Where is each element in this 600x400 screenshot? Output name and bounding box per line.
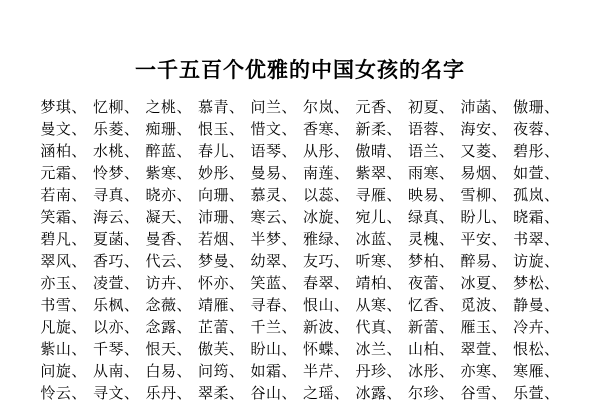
name-line: 曼文、乐菱、痴珊、恨玉、惜文、香寒、新柔、语蓉、海安、夜蓉、 bbox=[0, 119, 600, 141]
name-item: 曼香、 bbox=[145, 229, 192, 251]
name-item: 新柔、 bbox=[356, 119, 403, 141]
name-item: 傲珊、 bbox=[513, 97, 560, 119]
name-item: 如萱、 bbox=[513, 163, 560, 185]
name-line: 梦琪、忆柳、之桃、慕青、问兰、尔岚、元香、初夏、沛菡、傲珊、 bbox=[0, 97, 600, 119]
name-item: 之瑶、 bbox=[303, 383, 350, 400]
name-line: 涵柏、水桃、醉蓝、春儿、语琴、从彤、傲晴、语兰、又菱、碧彤、 bbox=[0, 141, 600, 163]
name-item: 傲晴、 bbox=[356, 141, 403, 163]
name-item: 灵槐、 bbox=[408, 229, 455, 251]
name-item: 凝天、 bbox=[145, 207, 192, 229]
name-item: 从彤、 bbox=[303, 141, 350, 163]
name-item: 语兰、 bbox=[408, 141, 455, 163]
name-item: 平安、 bbox=[461, 229, 508, 251]
name-item: 若南、 bbox=[40, 185, 87, 207]
name-item: 忆香、 bbox=[408, 295, 455, 317]
name-item: 山柏、 bbox=[408, 339, 455, 361]
name-item: 雅绿、 bbox=[303, 229, 350, 251]
name-item: 翠风、 bbox=[40, 251, 87, 273]
name-line: 笑霜、海云、凝天、沛珊、寒云、冰旋、宛儿、绿真、盼儿、晓霜、 bbox=[0, 207, 600, 229]
name-item: 之桃、 bbox=[145, 97, 192, 119]
name-line: 亦玉、凌萱、访卉、怀亦、笑蓝、春翠、靖柏、夜蕾、冰夏、梦松、 bbox=[0, 273, 600, 295]
name-item: 冰夏、 bbox=[461, 273, 508, 295]
name-item: 涵柏、 bbox=[40, 141, 87, 163]
name-item: 尔岚、 bbox=[303, 97, 350, 119]
name-item: 千琴、 bbox=[93, 339, 140, 361]
name-item: 慕灵、 bbox=[250, 185, 297, 207]
name-item: 恨松、 bbox=[513, 339, 560, 361]
name-item: 孤岚、 bbox=[513, 185, 560, 207]
name-item: 宛儿、 bbox=[356, 207, 403, 229]
name-item: 香寒、 bbox=[303, 119, 350, 141]
name-line: 元霜、怜梦、紫寒、妙彤、曼易、南莲、紫翠、雨寒、易烟、如萱、 bbox=[0, 163, 600, 185]
name-item: 靖雁、 bbox=[198, 295, 245, 317]
name-item: 静曼、 bbox=[513, 295, 560, 317]
name-item: 乐萱、 bbox=[513, 383, 560, 400]
name-item: 醉易、 bbox=[461, 251, 508, 273]
name-item: 梦柏、 bbox=[408, 251, 455, 273]
name-item: 亦寒、 bbox=[461, 361, 508, 383]
name-item: 如霜、 bbox=[250, 361, 297, 383]
name-item: 春翠、 bbox=[303, 273, 350, 295]
name-item: 紫山、 bbox=[40, 339, 87, 361]
name-item: 怀蝶、 bbox=[303, 339, 350, 361]
name-item: 凡旋、 bbox=[40, 317, 87, 339]
name-item: 听寒、 bbox=[356, 251, 403, 273]
name-item: 冰露、 bbox=[356, 383, 403, 400]
name-item: 晓亦、 bbox=[145, 185, 192, 207]
document-page: 一千五百个优雅的中国女孩的名字 梦琪、忆柳、之桃、慕青、问兰、尔岚、元香、初夏、… bbox=[0, 0, 600, 400]
name-line: 碧凡、夏菡、曼香、若烟、半梦、雅绿、冰蓝、灵槐、平安、书翠、 bbox=[0, 229, 600, 251]
name-item: 千兰、 bbox=[250, 317, 297, 339]
name-item: 傲芙、 bbox=[198, 339, 245, 361]
name-item: 雨寒、 bbox=[408, 163, 455, 185]
name-item: 念薇、 bbox=[145, 295, 192, 317]
name-item: 寻雁、 bbox=[356, 185, 403, 207]
name-item: 醉蓝、 bbox=[145, 141, 192, 163]
name-line: 紫山、千琴、恨天、傲芙、盼山、怀蝶、冰兰、山柏、翠萱、恨松、 bbox=[0, 339, 600, 361]
name-item: 访卉、 bbox=[145, 273, 192, 295]
name-item: 映易、 bbox=[408, 185, 455, 207]
name-item: 尔珍、 bbox=[408, 383, 455, 400]
name-line: 凡旋、以亦、念露、芷蕾、千兰、新波、代真、新蕾、雁玉、冷卉、 bbox=[0, 317, 600, 339]
name-item: 易烟、 bbox=[461, 163, 508, 185]
name-item: 梦琪、 bbox=[40, 97, 87, 119]
name-item: 笑霜、 bbox=[40, 207, 87, 229]
name-line: 书雪、乐枫、念薇、靖雁、寻春、恨山、从寒、忆香、觅波、静曼、 bbox=[0, 295, 600, 317]
name-item: 梦曼、 bbox=[198, 251, 245, 273]
name-item: 从寒、 bbox=[356, 295, 403, 317]
name-item: 以亦、 bbox=[93, 317, 140, 339]
name-item: 夜蓉、 bbox=[513, 119, 560, 141]
name-item: 紫翠、 bbox=[356, 163, 403, 185]
name-line: 翠风、香巧、代云、梦曼、幼翠、友巧、听寒、梦柏、醉易、访旋、 bbox=[0, 251, 600, 273]
name-item: 语蓉、 bbox=[408, 119, 455, 141]
name-item: 碧彤、 bbox=[513, 141, 560, 163]
name-item: 寻文、 bbox=[93, 383, 140, 400]
name-line: 若南、寻真、晓亦、向珊、慕灵、以蕊、寻雁、映易、雪柳、孤岚、 bbox=[0, 185, 600, 207]
name-item: 白易、 bbox=[145, 361, 192, 383]
name-item: 新蕾、 bbox=[408, 317, 455, 339]
name-item: 绿真、 bbox=[408, 207, 455, 229]
name-item: 曼易、 bbox=[250, 163, 297, 185]
name-line: 问旋、从南、白易、问筠、如霜、半芹、丹珍、冰彤、亦寒、寒雁、 bbox=[0, 361, 600, 383]
name-item: 亦玉、 bbox=[40, 273, 87, 295]
name-item: 寻春、 bbox=[250, 295, 297, 317]
name-item: 念露、 bbox=[145, 317, 192, 339]
name-item: 怀亦、 bbox=[198, 273, 245, 295]
name-item: 冰彤、 bbox=[408, 361, 455, 383]
name-item: 笑蓝、 bbox=[250, 273, 297, 295]
name-item: 雪柳、 bbox=[461, 185, 508, 207]
name-item: 盼山、 bbox=[250, 339, 297, 361]
name-item: 书翠、 bbox=[513, 229, 560, 251]
name-item: 新波、 bbox=[303, 317, 350, 339]
name-item: 寻真、 bbox=[93, 185, 140, 207]
name-item: 觅波、 bbox=[461, 295, 508, 317]
name-item: 从南、 bbox=[93, 361, 140, 383]
name-item: 恨山、 bbox=[303, 295, 350, 317]
name-item: 怜梦、 bbox=[93, 163, 140, 185]
name-item: 乐菱、 bbox=[93, 119, 140, 141]
name-item: 半芹、 bbox=[303, 361, 350, 383]
name-item: 晓霜、 bbox=[513, 207, 560, 229]
name-item: 忆柳、 bbox=[93, 97, 140, 119]
page-title: 一千五百个优雅的中国女孩的名字 bbox=[0, 0, 600, 97]
name-item: 曼文、 bbox=[40, 119, 87, 141]
name-item: 寒雁、 bbox=[513, 361, 560, 383]
name-item: 半梦、 bbox=[250, 229, 297, 251]
name-item: 春儿、 bbox=[198, 141, 245, 163]
name-item: 芷蕾、 bbox=[198, 317, 245, 339]
name-item: 香巧、 bbox=[93, 251, 140, 273]
name-item: 若烟、 bbox=[198, 229, 245, 251]
name-item: 盼儿、 bbox=[461, 207, 508, 229]
name-line: 怜云、寻文、乐丹、翠柔、谷山、之瑶、冰露、尔珍、谷雪、乐萱、 bbox=[0, 383, 600, 400]
name-item: 惜文、 bbox=[250, 119, 297, 141]
name-item: 翠萱、 bbox=[461, 339, 508, 361]
name-item: 妙彤、 bbox=[198, 163, 245, 185]
name-item: 怜云、 bbox=[40, 383, 87, 400]
name-item: 沛珊、 bbox=[198, 207, 245, 229]
name-item: 以蕊、 bbox=[303, 185, 350, 207]
name-item: 水桃、 bbox=[93, 141, 140, 163]
name-item: 恨玉、 bbox=[198, 119, 245, 141]
names-list: 梦琪、忆柳、之桃、慕青、问兰、尔岚、元香、初夏、沛菡、傲珊、曼文、乐菱、痴珊、恨… bbox=[0, 97, 600, 400]
name-item: 南莲、 bbox=[303, 163, 350, 185]
name-item: 元霜、 bbox=[40, 163, 87, 185]
name-item: 幼翠、 bbox=[250, 251, 297, 273]
name-item: 翠柔、 bbox=[198, 383, 245, 400]
name-item: 代云、 bbox=[145, 251, 192, 273]
name-item: 夏菡、 bbox=[93, 229, 140, 251]
name-item: 向珊、 bbox=[198, 185, 245, 207]
name-item: 乐枫、 bbox=[93, 295, 140, 317]
name-item: 语琴、 bbox=[250, 141, 297, 163]
name-item: 沛菡、 bbox=[461, 97, 508, 119]
name-item: 乐丹、 bbox=[145, 383, 192, 400]
name-item: 初夏、 bbox=[408, 97, 455, 119]
name-item: 海安、 bbox=[461, 119, 508, 141]
name-item: 书雪、 bbox=[40, 295, 87, 317]
name-item: 丹珍、 bbox=[356, 361, 403, 383]
name-item: 夜蕾、 bbox=[408, 273, 455, 295]
name-item: 冰蓝、 bbox=[356, 229, 403, 251]
name-item: 谷山、 bbox=[250, 383, 297, 400]
name-item: 代真、 bbox=[356, 317, 403, 339]
name-item: 雁玉、 bbox=[461, 317, 508, 339]
name-item: 碧凡、 bbox=[40, 229, 87, 251]
name-item: 问兰、 bbox=[250, 97, 297, 119]
name-item: 元香、 bbox=[356, 97, 403, 119]
name-item: 友巧、 bbox=[303, 251, 350, 273]
name-item: 访旋、 bbox=[513, 251, 560, 273]
name-item: 慕青、 bbox=[198, 97, 245, 119]
name-item: 恨天、 bbox=[145, 339, 192, 361]
name-item: 靖柏、 bbox=[356, 273, 403, 295]
name-item: 紫寒、 bbox=[145, 163, 192, 185]
name-item: 问筠、 bbox=[198, 361, 245, 383]
name-item: 谷雪、 bbox=[461, 383, 508, 400]
name-item: 冷卉、 bbox=[513, 317, 560, 339]
name-item: 问旋、 bbox=[40, 361, 87, 383]
name-item: 寒云、 bbox=[250, 207, 297, 229]
name-item: 痴珊、 bbox=[145, 119, 192, 141]
name-item: 冰兰、 bbox=[356, 339, 403, 361]
name-item: 凌萱、 bbox=[93, 273, 140, 295]
name-item: 冰旋、 bbox=[303, 207, 350, 229]
name-item: 梦松、 bbox=[513, 273, 560, 295]
name-item: 海云、 bbox=[93, 207, 140, 229]
name-item: 又菱、 bbox=[461, 141, 508, 163]
